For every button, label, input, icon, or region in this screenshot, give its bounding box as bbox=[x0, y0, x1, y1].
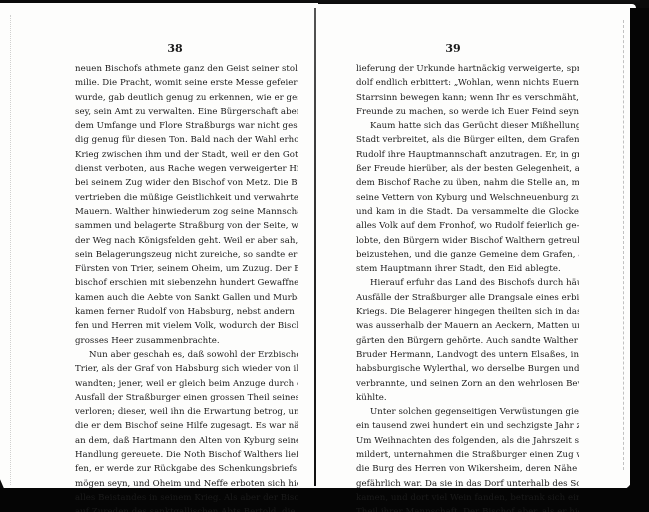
text-line: wurde, gab deutlich genug zu erkennen, w… bbox=[75, 91, 298, 105]
page-number-right: 39 bbox=[433, 42, 473, 55]
text-line: Rudolf ihre Hauptmannschaft anzutragen. … bbox=[356, 148, 579, 162]
text-line: Kriegs. Die Belagerer hingegen theilten … bbox=[356, 305, 579, 319]
text-line: Stadt verbreitet, als die Bürger eilten,… bbox=[356, 133, 579, 147]
text-line: stem Hauptmann ihrer Stadt, den Eid able… bbox=[356, 262, 579, 276]
text-line: milie. Die Pracht, womit seine erste Mes… bbox=[75, 76, 298, 90]
text-line: gärten den Bürgern gehörte. Auch sandte … bbox=[356, 334, 579, 348]
text-line: was ausserhalb der Mauern an Aeckern, Ma… bbox=[356, 319, 579, 333]
text-line: vertrieben die müßige Geistlichkeit und … bbox=[75, 191, 298, 205]
text-line: Handlung gereuete. Die Noth Bischof Walt… bbox=[75, 448, 298, 462]
page-number-left: 38 bbox=[155, 42, 195, 55]
text-line: der Weg nach Königsfelden geht. Weil er … bbox=[75, 234, 298, 248]
book-gutter bbox=[314, 8, 316, 486]
text-line: dig genug für diesen Ton. Bald nach der … bbox=[75, 133, 298, 147]
text-line: kamen, und dort viel Wein fanden, betran… bbox=[356, 491, 579, 505]
book-spread: 38 39 neuen Bischofs athmete ganz den Ge… bbox=[0, 0, 649, 512]
text-line: und kam in die Stadt. Da versammelte die… bbox=[356, 205, 579, 219]
text-line: Hierauf erfuhr das Land des Bischofs dur… bbox=[356, 276, 579, 290]
text-line: Bruder Hermann, Landvogt des untern Elsa… bbox=[356, 348, 579, 362]
text-line: dem Bischof Rache zu üben, nahm die Stel… bbox=[356, 176, 579, 190]
text-line: mögen seyn, und Oheim und Neffe erboten … bbox=[75, 477, 298, 491]
text-line: dem Umfange und Flore Straßburgs war nic… bbox=[75, 119, 298, 133]
text-line: Fürsten von Trier, seinem Oheim, um Zuzu… bbox=[75, 262, 298, 276]
text-line: kamen auch die Aebte von Sankt Gallen un… bbox=[75, 291, 298, 305]
text-line: verbrannte, und seinen Zorn an den wehrl… bbox=[356, 377, 579, 391]
text-line: Nun aber geschah es, daß sowohl der Erzb… bbox=[75, 348, 298, 362]
text-line: Unter solchen gegenseitigen Verwüstungen… bbox=[356, 405, 579, 419]
text-line: ßer Freude hierüber, als der besten Gele… bbox=[356, 162, 579, 176]
text-line: sein Belagerungszeug nicht zureiche, so … bbox=[75, 248, 298, 262]
text-line: habsburgische Wylerthal, wo derselbe Bur… bbox=[356, 362, 579, 376]
text-line: die er dem Bischof seine Hilfe zugesagt.… bbox=[75, 419, 298, 433]
text-line: an dem, daß Hartmann den Alten von Kybur… bbox=[75, 434, 298, 448]
text-line: wandten; jener, weil er gleich beim Anzu… bbox=[75, 377, 298, 391]
text-line: Trier, als der Graf von Habsburg sich wi… bbox=[75, 362, 298, 376]
text-line: bei seinem Zug wider den Bischof von Met… bbox=[75, 176, 298, 190]
text-line: Krieg zwischen ihm und der Stadt, weil e… bbox=[75, 148, 298, 162]
text-line: ein tausend zwei hundert ein und sechzig… bbox=[356, 419, 579, 433]
text-line: sey, sein Amt zu verwalten. Eine Bürgers… bbox=[75, 105, 298, 119]
text-line: Kaum hatte sich das Gerücht dieser Mißhe… bbox=[356, 119, 579, 133]
text-line: seine Vettern von Kyburg und Welschneuen… bbox=[356, 191, 579, 205]
text-line: bischof erschien mit siebenzehn hundert … bbox=[75, 276, 298, 290]
text-line: lobte, den Bürgern wider Bischof Walther… bbox=[356, 234, 579, 248]
left-page-edge bbox=[10, 15, 12, 485]
text-line: Starrsinn bewegen kann; wenn Ihr es vers… bbox=[356, 91, 579, 105]
text-line: kamen ferner Rudolf von Habsburg, nebst … bbox=[75, 305, 298, 319]
right-scan-border bbox=[630, 8, 649, 512]
text-line: kühlte. bbox=[356, 391, 579, 405]
text-line: alles Beistandes in seinem Krieg. Als ab… bbox=[75, 491, 298, 505]
text-line: fen und Herren mit vielem Volk, wodurch … bbox=[75, 319, 298, 333]
right-page-text: lieferung der Urkunde hartnäckig verweig… bbox=[356, 62, 579, 512]
text-line: die Burg des Herren von Wikersheim, dere… bbox=[356, 462, 579, 476]
text-line: auf Zureden des sanktgallischen Abts Ber… bbox=[75, 505, 298, 512]
text-line: lieferung der Urkunde hartnäckig verweig… bbox=[356, 62, 579, 76]
text-line: Theil ihrer Mannschaft. Der Bischof aber… bbox=[356, 505, 579, 512]
text-line: Mauern. Walther hinwiederum zog seine Ma… bbox=[75, 205, 298, 219]
text-line: Um Weihnachten des folgenden, als die Ja… bbox=[356, 434, 579, 448]
text-line: alles Volk auf dem Fronhof, wo Rudolf fe… bbox=[356, 219, 579, 233]
text-line: beizustehen, und die ganze Gemeine dem G… bbox=[356, 248, 579, 262]
text-line: gefährlich war. Da sie in das Dorf unter… bbox=[356, 477, 579, 491]
text-line: Ausfälle der Straßburger alle Drangsale … bbox=[356, 291, 579, 305]
text-line: verloren; dieser, weil ihn die Erwartung… bbox=[75, 405, 298, 419]
text-line: neuen Bischofs athmete ganz den Geist se… bbox=[75, 62, 298, 76]
text-line: Freunde zu machen, so werde ich Euer Fei… bbox=[356, 105, 579, 119]
text-line: sammen und belagerte Straßburg von der S… bbox=[75, 219, 298, 233]
left-page-text: neuen Bischofs athmete ganz den Geist se… bbox=[75, 62, 298, 512]
text-line: grosses Heer zusammenbrachte. bbox=[75, 334, 298, 348]
right-page-edge bbox=[623, 20, 626, 470]
text-line: dolf endlich erbittert: „Wohlan, wenn ni… bbox=[356, 76, 579, 90]
text-line: fen, er werde zur Rückgabe des Schenkung… bbox=[75, 462, 298, 476]
text-line: Ausfall der Straßburger einen grossen Th… bbox=[75, 391, 298, 405]
text-line: mildert, unternahmen die Straßburger ein… bbox=[356, 448, 579, 462]
text-line: dienst verboten, aus Rache wegen verweig… bbox=[75, 162, 298, 176]
